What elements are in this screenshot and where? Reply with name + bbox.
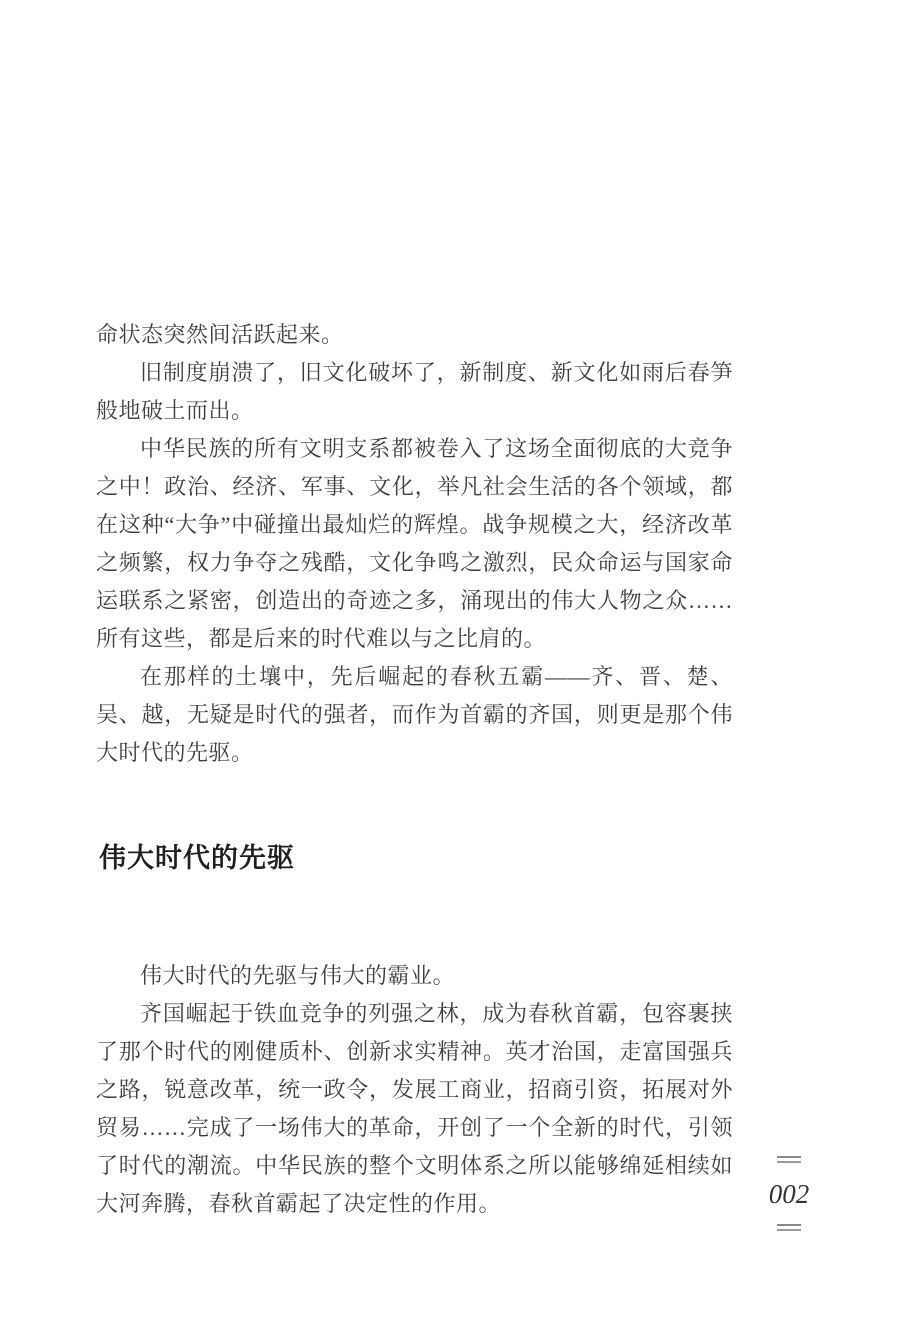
- paragraph: 旧制度崩溃了，旧文化破坏了，新制度、新文化如雨后春笋般地破土而出。: [96, 354, 733, 430]
- page-number: 002: [766, 1179, 812, 1209]
- double-rule-ornament-bottom: [777, 1224, 801, 1231]
- body-text-block-upper: 命状态突然间活跃起来。 旧制度崩溃了，旧文化破坏了，新制度、新文化如雨后春笋般地…: [96, 316, 733, 772]
- paragraph: 在那样的土壤中，先后崛起的春秋五霸——齐、晋、楚、吴、越，无疑是时代的强者，而作…: [96, 658, 733, 772]
- paragraph-continuation: 命状态突然间活跃起来。: [96, 316, 733, 354]
- paragraph: 伟大时代的先驱与伟大的霸业。: [96, 957, 733, 995]
- section-heading: 伟大时代的先驱: [99, 841, 295, 875]
- double-rule-ornament-top: [777, 1156, 801, 1163]
- book-page: 命状态突然间活跃起来。 旧制度崩溃了，旧文化破坏了，新制度、新文化如雨后春笋般地…: [0, 0, 913, 1338]
- paragraph: 齐国崛起于铁血竞争的列强之林，成为春秋首霸，包容裹挟了那个时代的刚健质朴、创新求…: [96, 995, 733, 1223]
- page-number-block: 002: [766, 1156, 812, 1231]
- paragraph: 中华民族的所有文明支系都被卷入了这场全面彻底的大竞争之中！政治、经济、军事、文化…: [96, 430, 733, 658]
- body-text-block-lower: 伟大时代的先驱与伟大的霸业。 齐国崛起于铁血竞争的列强之林，成为春秋首霸，包容裹…: [96, 957, 733, 1223]
